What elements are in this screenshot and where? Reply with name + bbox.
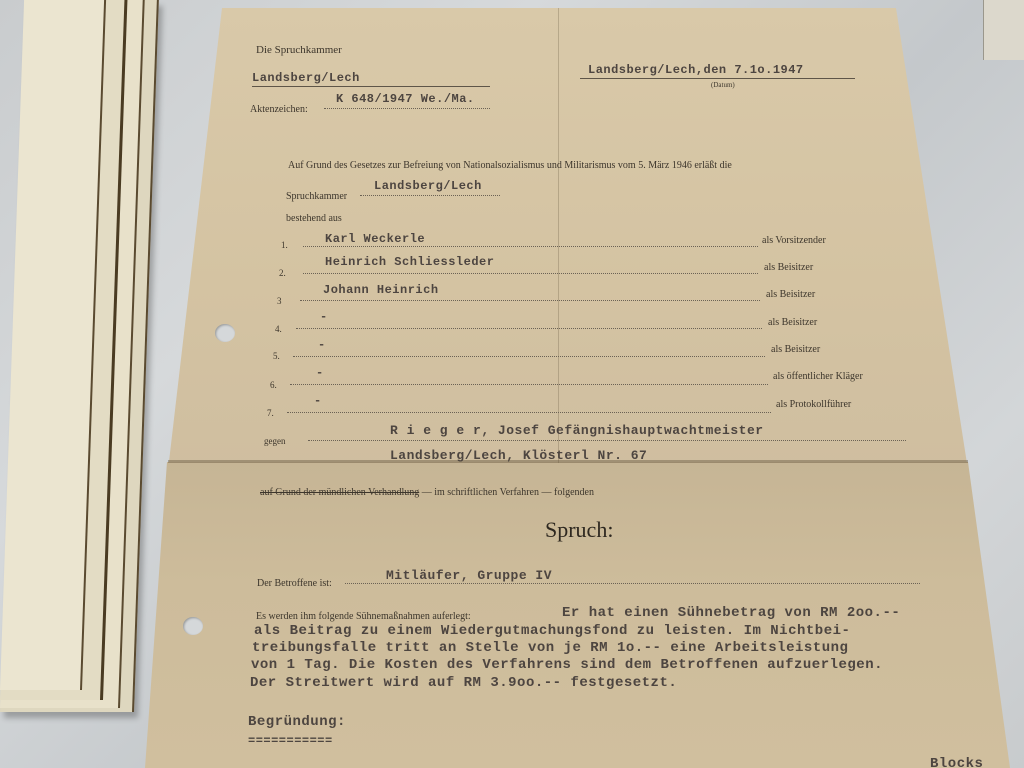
underline xyxy=(580,78,855,79)
member-role: als Beisitzer xyxy=(771,344,820,355)
member-number: 6. xyxy=(270,380,277,390)
affected-label: Der Betroffene ist: xyxy=(257,578,332,589)
authority-label: Die Spruchkammer xyxy=(256,44,342,56)
dotted-line xyxy=(324,108,490,109)
measures-line: Der Streitwert wird auf RM 3.9oo.-- fest… xyxy=(250,675,677,691)
member-name: - xyxy=(318,338,326,352)
member-name: - xyxy=(314,394,322,408)
law-text: Auf Grund des Gesetzes zur Befreiung von… xyxy=(288,160,732,171)
dotted-line xyxy=(303,273,758,274)
dotted-line xyxy=(296,328,762,329)
member-name: Karl Weckerle xyxy=(325,232,425,246)
member-number: 3 xyxy=(277,296,282,306)
member-role: als Vorsitzender xyxy=(762,235,826,246)
member-name: - xyxy=(316,366,324,380)
measures-label: Es werden ihm folgende Sühnemaßnahmen au… xyxy=(256,611,471,622)
against-label: gegen xyxy=(264,436,286,446)
member-name: Johann Heinrich xyxy=(323,283,439,297)
member-number: 1. xyxy=(281,240,288,250)
member-role: als Protokollführer xyxy=(776,399,851,410)
member-number: 4. xyxy=(275,324,282,334)
underline xyxy=(252,86,490,87)
member-role: als Beisitzer xyxy=(764,262,813,273)
authority-place: Landsberg/Lech xyxy=(252,71,360,85)
punch-hole xyxy=(215,324,235,342)
stacked-folders xyxy=(0,0,140,720)
dotted-line xyxy=(303,246,758,247)
member-number: 2. xyxy=(279,268,286,278)
measures-line: treibungsfalle tritt an Stelle von je RM… xyxy=(252,640,848,656)
member-role: als Beisitzer xyxy=(768,317,817,328)
chamber-value: Landsberg/Lech xyxy=(374,179,482,193)
dotted-line xyxy=(287,412,771,413)
reasoning-underline: =========== xyxy=(248,734,333,748)
edge-paper xyxy=(983,0,1024,60)
measures-line: von 1 Tag. Die Kosten des Verfahrens sin… xyxy=(251,657,883,673)
procedure-line: auf Grund der mündlichen Verhandlung — i… xyxy=(260,487,594,498)
member-name: Heinrich Schliessleder xyxy=(325,255,494,269)
member-number: 5. xyxy=(273,351,280,361)
punch-hole xyxy=(183,617,203,635)
place-date-value: Landsberg/Lech,den 7.1o.1947 xyxy=(588,63,804,77)
member-role: als Beisitzer xyxy=(766,289,815,300)
measures-line: Er hat einen Sühnebetrag von RM 2oo.-- xyxy=(562,605,900,621)
member-number: 7. xyxy=(267,408,274,418)
dotted-line xyxy=(360,195,500,196)
dotted-line xyxy=(345,583,920,584)
dotted-line xyxy=(290,384,768,385)
defendant-address: Landsberg/Lech, Klösterl Nr. 67 xyxy=(390,448,647,463)
dotted-line xyxy=(308,440,906,441)
procedure-struck-text: auf Grund der mündlichen Verhandlung xyxy=(260,487,419,498)
chamber-label: Spruchkammer xyxy=(286,191,347,202)
affected-value: Mitläufer, Gruppe IV xyxy=(386,568,552,583)
measures-line: als Beitrag zu einem Wiedergutmachungsfo… xyxy=(254,623,850,639)
file-ref-label: Aktenzeichen: xyxy=(250,104,308,115)
dotted-line xyxy=(300,300,760,301)
member-name: - xyxy=(320,310,328,324)
verdict-title: Spruch: xyxy=(545,517,613,543)
file-ref-value: K 648/1947 We./Ma. xyxy=(336,92,475,106)
cutoff-text: Blocks xyxy=(930,756,983,768)
reasoning-title: Begründung: xyxy=(248,714,346,730)
defendant-name: R i e g e r, Josef Gefängnishauptwachtme… xyxy=(390,423,764,438)
dotted-line xyxy=(293,356,765,357)
member-role: als öffentlicher Kläger xyxy=(773,371,863,382)
fold-line xyxy=(558,8,559,463)
procedure-remaining-text: — im schriftlichen Verfahren — folgenden xyxy=(422,487,594,498)
date-caption: (Datum) xyxy=(711,81,735,89)
consisting-label: bestehend aus xyxy=(286,213,342,224)
